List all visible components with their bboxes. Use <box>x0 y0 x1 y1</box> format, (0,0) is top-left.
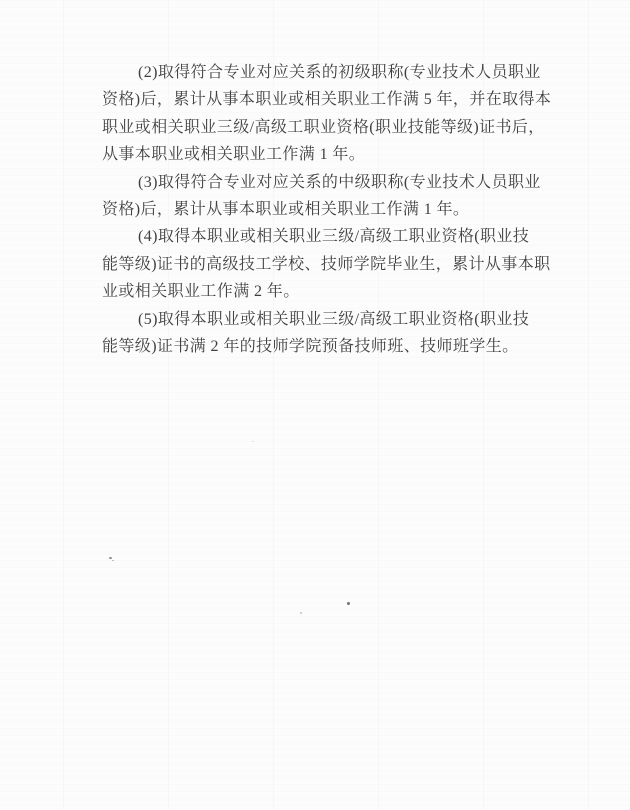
text-line: (3)取得符合专业对应关系的中级职称(专业技术人员职业 <box>102 169 562 196</box>
text-line: (4)取得本职业或相关职业三级/高级工职业资格(职业技 <box>102 223 562 250</box>
text-line: 能等级)证书满 2 年的技师学院预备技师班、技师班学生。 <box>102 333 562 360</box>
text-line: 资格)后，累计从事本职业或相关职业工作满 5 年，并在取得本 <box>102 86 562 113</box>
document-body: (2)取得符合专业对应关系的初级职称(专业技术人员职业资格)后，累计从事本职业或… <box>102 59 562 360</box>
text-line: 职业或相关职业三级/高级工职业资格(职业技能等级)证书后， <box>102 114 562 141</box>
text-line: (2)取得符合专业对应关系的初级职称(专业技术人员职业 <box>102 59 562 86</box>
scan-speck <box>347 602 350 605</box>
scan-speck <box>109 557 112 559</box>
text-line: (5)取得本职业或相关职业三级/高级工职业资格(职业技 <box>102 306 562 333</box>
scan-speck <box>112 560 114 561</box>
scan-speck <box>300 612 302 614</box>
text-line: 能等级)证书的高级技工学校、技师学院毕业生，累计从事本职 <box>102 251 562 278</box>
text-line: 从事本职业或相关职业工作满 1 年。 <box>102 141 562 168</box>
document-page: (2)取得符合专业对应关系的初级职称(专业技术人员职业资格)后，累计从事本职业或… <box>0 0 630 810</box>
text-line: 业或相关职业工作满 2 年。 <box>102 278 562 305</box>
scan-speck <box>252 441 254 442</box>
text-line: 资格)后，累计从事本职业或相关职业工作满 1 年。 <box>102 196 562 223</box>
